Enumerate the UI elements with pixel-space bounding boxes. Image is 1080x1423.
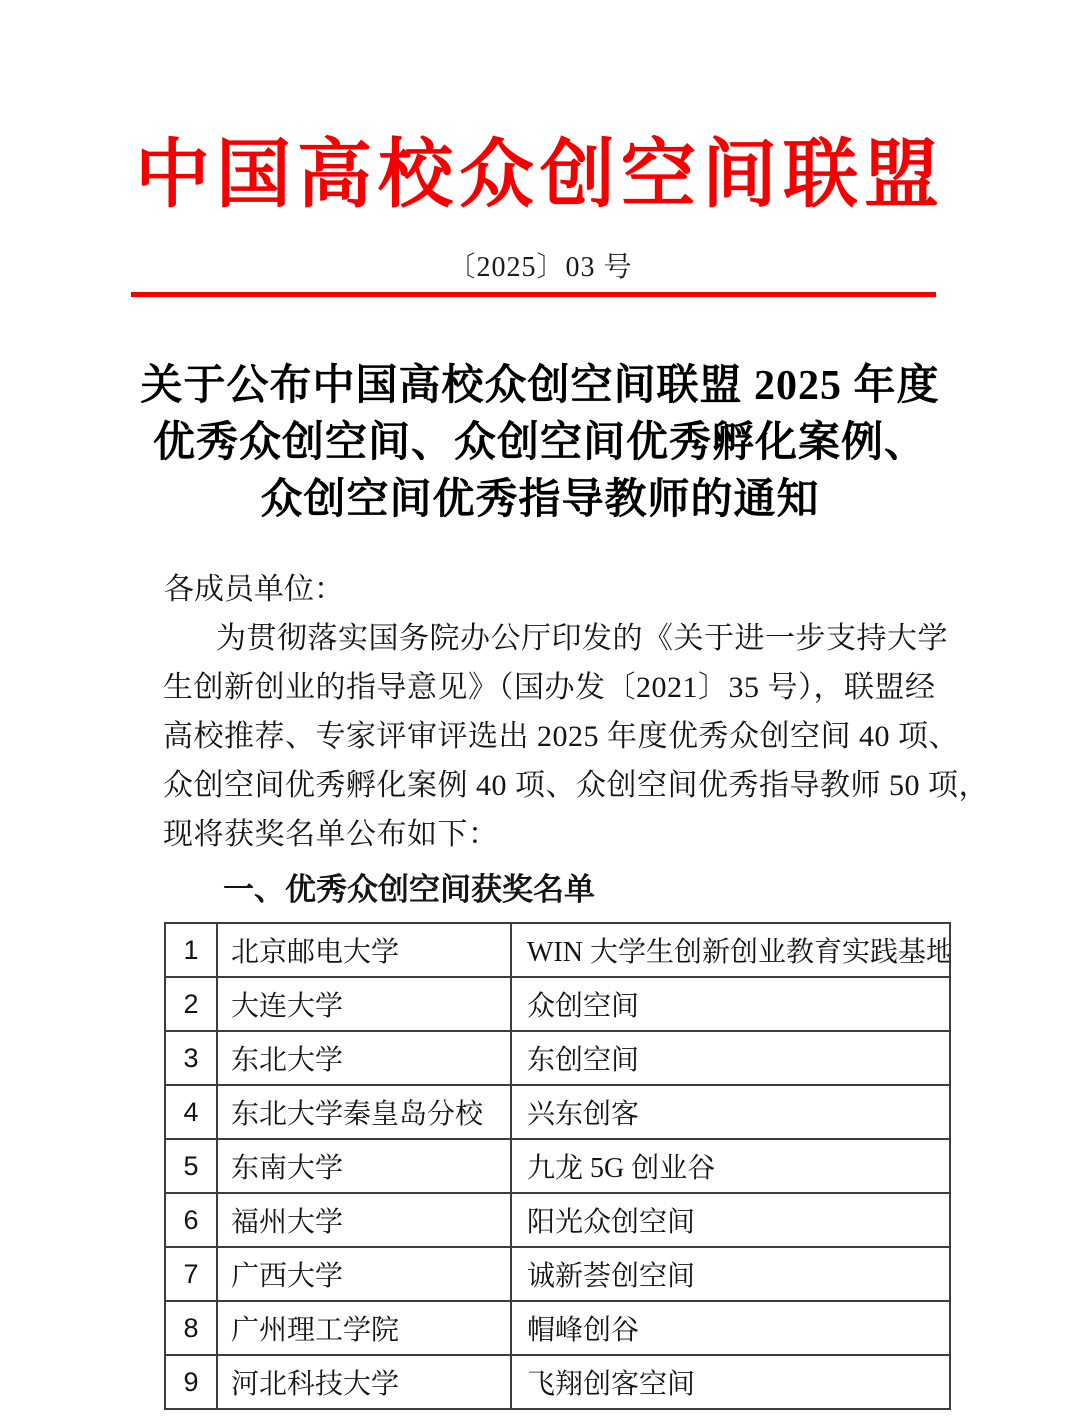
space-name-cell: 诚新荟创空间 (511, 1247, 950, 1301)
table-row: 6 福州大学 阳光众创空间 (165, 1193, 950, 1247)
table-row: 9 河北科技大学 飞翔创客空间 (165, 1355, 950, 1409)
university-cell: 东南大学 (217, 1139, 511, 1193)
body-text: 为贯彻落实国务院办公厅印发的《关于进一步支持大学 生创新创业的指导意见》（国办发… (163, 614, 916, 859)
university-cell: 东北大学 (217, 1031, 511, 1085)
row-number-cell: 9 (165, 1355, 217, 1409)
university-cell: 福州大学 (217, 1193, 511, 1247)
row-number-cell: 4 (165, 1085, 217, 1139)
body-line: 生创新创业的指导意见》（国办发〔2021〕35 号），联盟经 (163, 663, 916, 712)
notice-title-line-2: 优秀众创空间、众创空间优秀孵化案例、 (0, 415, 1080, 472)
row-number-cell: 2 (165, 977, 217, 1031)
body-line: 众创空间优秀孵化案例 40 项、众创空间优秀指导教师 50 项， (163, 761, 916, 810)
section-heading: 一、优秀众创空间获奖名单 (223, 865, 595, 914)
org-title: 中国高校众创空间联盟 (0, 124, 1080, 228)
row-number-cell: 3 (165, 1031, 217, 1085)
table-row: 7 广西大学 诚新荟创空间 (165, 1247, 950, 1301)
body-line: 高校推荐、专家评审评选出 2025 年度优秀众创空间 40 项、 (163, 712, 916, 761)
notice-title: 关于公布中国高校众创空间联盟 2025 年度 优秀众创空间、众创空间优秀孵化案例… (0, 358, 1080, 529)
university-cell: 北京邮电大学 (217, 923, 511, 977)
space-name-cell: 东创空间 (511, 1031, 950, 1085)
table-row: 4 东北大学秦皇岛分校 兴东创客 (165, 1085, 950, 1139)
salutation: 各成员单位： (164, 565, 344, 614)
table-row: 5 东南大学 九龙 5G 创业谷 (165, 1139, 950, 1193)
space-name-cell: 众创空间 (511, 977, 950, 1031)
row-number-cell: 5 (165, 1139, 217, 1193)
university-cell: 广州理工学院 (217, 1301, 511, 1355)
university-cell: 河北科技大学 (217, 1355, 511, 1409)
table-row: 8 广州理工学院 帽峰创谷 (165, 1301, 950, 1355)
space-name-cell: 九龙 5G 创业谷 (511, 1139, 950, 1193)
space-name-cell: 飞翔创客空间 (511, 1355, 950, 1409)
space-name-cell: 阳光众创空间 (511, 1193, 950, 1247)
space-name-cell: 帽峰创谷 (511, 1301, 950, 1355)
space-name-cell: 兴东创客 (511, 1085, 950, 1139)
body-line: 为贯彻落实国务院办公厅印发的《关于进一步支持大学 (163, 614, 916, 663)
award-table: 1 北京邮电大学 WIN 大学生创新创业教育实践基地 2 大连大学 众创空间 3… (164, 922, 951, 1410)
row-number-cell: 7 (165, 1247, 217, 1301)
table-row: 1 北京邮电大学 WIN 大学生创新创业教育实践基地 (165, 923, 950, 977)
university-cell: 广西大学 (217, 1247, 511, 1301)
body-line: 现将获奖名单公布如下： (163, 810, 916, 859)
row-number-cell: 6 (165, 1193, 217, 1247)
university-cell: 东北大学秦皇岛分校 (217, 1085, 511, 1139)
row-number-cell: 1 (165, 923, 217, 977)
space-name-cell: WIN 大学生创新创业教育实践基地 (511, 923, 950, 977)
document-page: 中国高校众创空间联盟 〔2025〕03 号 关于公布中国高校众创空间联盟 202… (0, 0, 1080, 1423)
doc-number: 〔2025〕03 号 (0, 248, 1080, 288)
table-row: 3 东北大学 东创空间 (165, 1031, 950, 1085)
red-divider-rule (131, 292, 936, 297)
notice-title-line-3: 众创空间优秀指导教师的通知 (0, 472, 1080, 529)
row-number-cell: 8 (165, 1301, 217, 1355)
table-row: 2 大连大学 众创空间 (165, 977, 950, 1031)
university-cell: 大连大学 (217, 977, 511, 1031)
notice-title-line-1: 关于公布中国高校众创空间联盟 2025 年度 (0, 358, 1080, 415)
